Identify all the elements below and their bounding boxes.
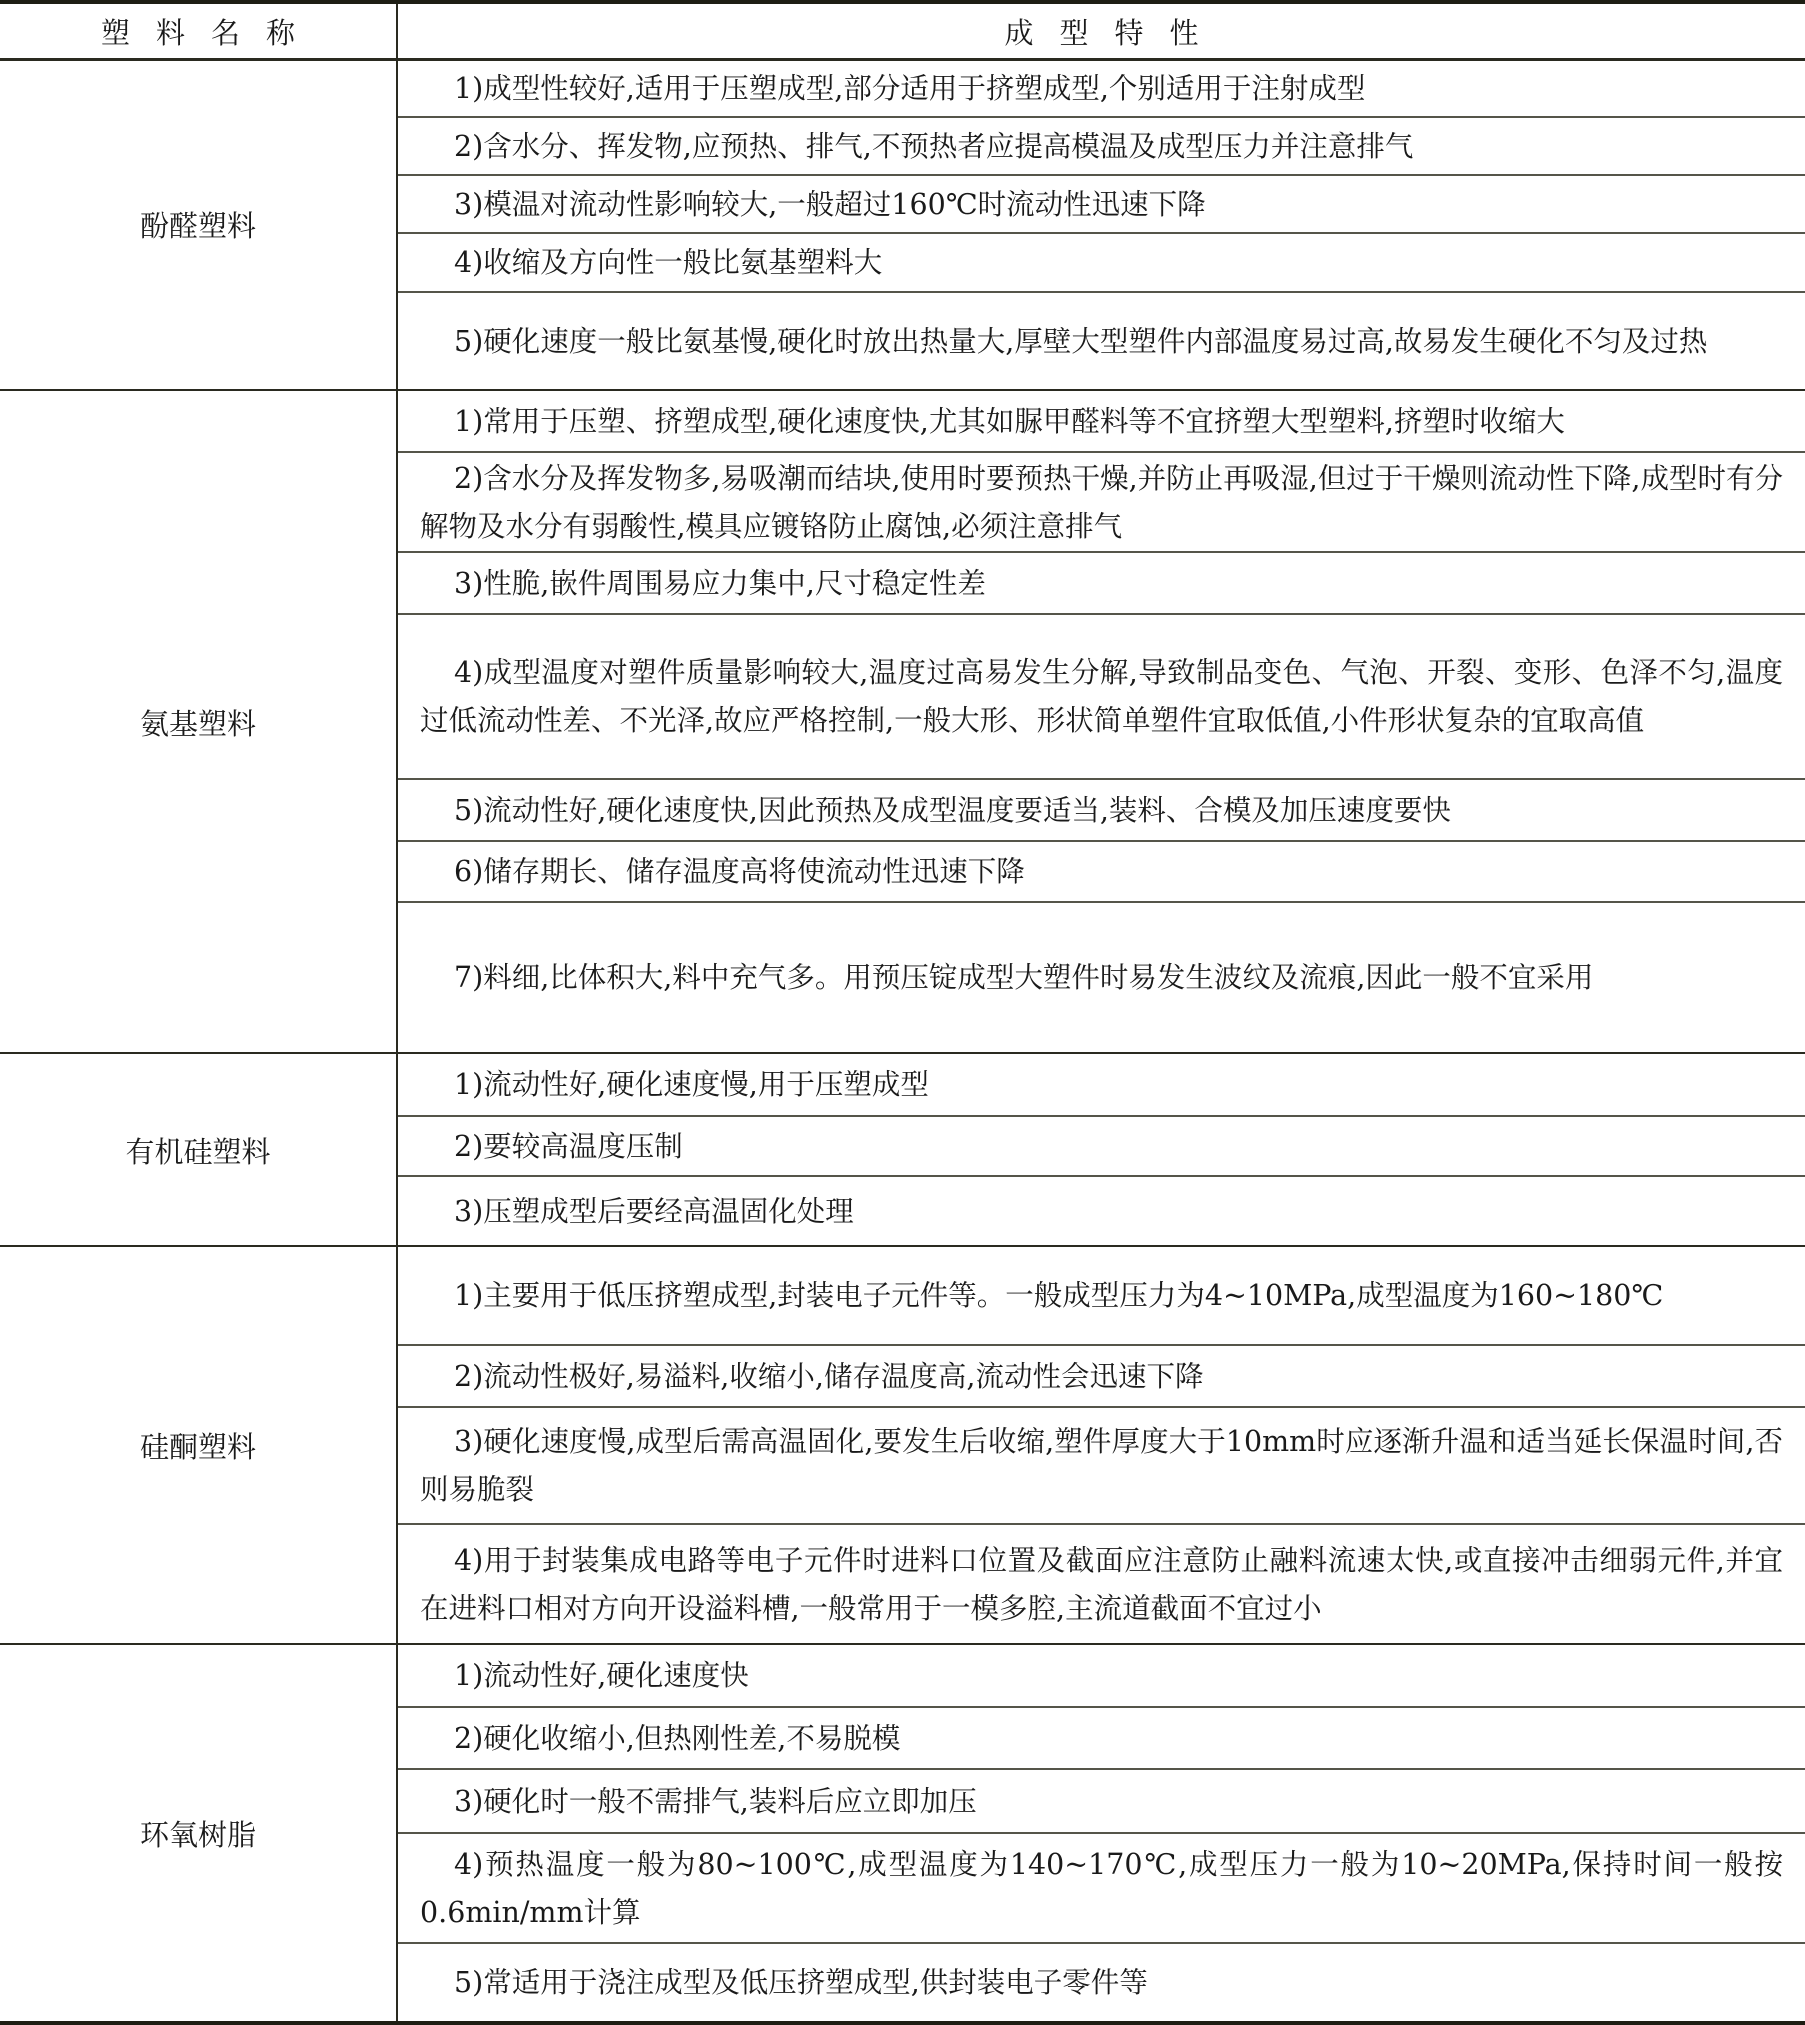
table-row: 4)预热温度一般为80~100℃,成型温度为140~170℃,成型压力一般为10… [398, 1834, 1805, 1943]
property-text: 3)压塑成型后要经高温固化处理 [420, 1188, 1783, 1236]
table-row: 2)要较高温度压制 [398, 1117, 1805, 1176]
group-name-phenolic: 酚醛塑料 [0, 59, 396, 390]
property-text: 5)常适用于浇注成型及低压挤塑成型,供封装电子零件等 [420, 1959, 1783, 2007]
property-text: 1)流动性好,硬化速度慢,用于压塑成型 [420, 1061, 1783, 1109]
table-row: 3)硬化时一般不需排气,装料后应立即加压 [398, 1770, 1805, 1833]
property-text: 5)硬化速度一般比氨基慢,硬化时放出热量大,厚壁大型塑件内部温度易过高,故易发生… [420, 318, 1783, 366]
property-text: 4)用于封装集成电路等电子元件时进料口位置及截面应注意防止融料流速太快,或直接冲… [420, 1537, 1783, 1633]
property-text: 1)主要用于低压挤塑成型,封装电子元件等。一般成型压力为4~10MPa,成型温度… [420, 1272, 1783, 1320]
table-row: 4)用于封装集成电路等电子元件时进料口位置及截面应注意防止融料流速太快,或直接冲… [398, 1525, 1805, 1644]
column-divider [396, 4, 398, 2021]
table-row: 2)流动性极好,易溢料,收缩小,储存温度高,流动性会迅速下降 [398, 1346, 1805, 1407]
property-text: 2)要较高温度压制 [420, 1123, 1783, 1171]
table-row: 7)料细,比体积大,料中充气多。用预压锭成型大塑件时易发生波纹及流痕,因此一般不… [398, 903, 1805, 1053]
property-text: 7)料细,比体积大,料中充气多。用预压锭成型大塑件时易发生波纹及流痕,因此一般不… [420, 954, 1783, 1002]
table-bottom-rule [0, 2021, 1805, 2025]
table-row: 2)含水分及挥发物多,易吸潮而结块,使用时要预热干燥,并防止再吸湿,但过于干燥则… [398, 453, 1805, 552]
property-text: 3)硬化时一般不需排气,装料后应立即加压 [420, 1778, 1783, 1826]
table-row: 2)含水分、挥发物,应预热、排气,不预热者应提高模温及成型压力并注意排气 [398, 118, 1805, 175]
property-text: 5)流动性好,硬化速度快,因此预热及成型温度要适当,装料、合模及加压速度要快 [420, 787, 1783, 835]
table-row: 5)流动性好,硬化速度快,因此预热及成型温度要适当,装料、合模及加压速度要快 [398, 780, 1805, 841]
table-row: 1)常用于压塑、挤塑成型,硬化速度快,尤其如脲甲醛料等不宜挤塑大型塑料,挤塑时收… [398, 391, 1805, 452]
table-row: 4)收缩及方向性一般比氨基塑料大 [398, 234, 1805, 292]
property-text: 2)流动性极好,易溢料,收缩小,储存温度高,流动性会迅速下降 [420, 1353, 1783, 1401]
table-row: 3)硬化速度慢,成型后需高温固化,要发生后收缩,塑件厚度大于10mm时应逐渐升温… [398, 1408, 1805, 1524]
group-name-silicone: 硅酮塑料 [0, 1247, 396, 1644]
property-text: 1)流动性好,硬化速度快 [420, 1652, 1783, 1700]
property-text: 4)成型温度对塑件质量影响较大,温度过高易发生分解,导致制品变色、气泡、开裂、变… [420, 649, 1783, 745]
table-row: 2)硬化收缩小,但热刚性差,不易脱模 [398, 1708, 1805, 1769]
header-plastic-name: 塑料名称 [0, 4, 396, 59]
property-text: 6)储存期长、储存温度高将使流动性迅速下降 [420, 848, 1783, 896]
property-text: 2)硬化收缩小,但热刚性差,不易脱模 [420, 1715, 1783, 1763]
table-row: 5)硬化速度一般比氨基慢,硬化时放出热量大,厚壁大型塑件内部温度易过高,故易发生… [398, 293, 1805, 390]
table-row: 4)成型温度对塑件质量影响较大,温度过高易发生分解,导致制品变色、气泡、开裂、变… [398, 615, 1805, 779]
table-row: 1)成型性较好,适用于压塑成型,部分适用于挤塑成型,个别适用于注射成型 [398, 60, 1805, 117]
property-text: 1)常用于压塑、挤塑成型,硬化速度快,尤其如脲甲醛料等不宜挤塑大型塑料,挤塑时收… [420, 398, 1783, 446]
property-text: 4)收缩及方向性一般比氨基塑料大 [420, 239, 1783, 287]
property-text: 3)硬化速度慢,成型后需高温固化,要发生后收缩,塑件厚度大于10mm时应逐渐升温… [420, 1418, 1783, 1514]
header-molding-properties: 成型特性 [398, 4, 1805, 59]
table-row: 3)压塑成型后要经高温固化处理 [398, 1177, 1805, 1246]
group-name-organosilicon: 有机硅塑料 [0, 1054, 396, 1246]
table-row: 3)模温对流动性影响较大,一般超过160℃时流动性迅速下降 [398, 176, 1805, 233]
group-name-epoxy: 环氧树脂 [0, 1645, 396, 2021]
table-row: 1)主要用于低压挤塑成型,封装电子元件等。一般成型压力为4~10MPa,成型温度… [398, 1247, 1805, 1345]
property-text: 1)成型性较好,适用于压塑成型,部分适用于挤塑成型,个别适用于注射成型 [420, 65, 1783, 113]
table-row: 1)流动性好,硬化速度快 [398, 1645, 1805, 1707]
table-header-row: 塑料名称 成型特性 [0, 4, 1805, 59]
property-text: 3)性脆,嵌件周围易应力集中,尺寸稳定性差 [420, 560, 1783, 608]
property-text: 2)含水分、挥发物,应预热、排气,不预热者应提高模温及成型压力并注意排气 [420, 123, 1783, 171]
group-name-amino: 氨基塑料 [0, 391, 396, 1053]
property-text: 3)模温对流动性影响较大,一般超过160℃时流动性迅速下降 [420, 181, 1783, 229]
table-row: 3)性脆,嵌件周围易应力集中,尺寸稳定性差 [398, 553, 1805, 614]
table-row: 5)常适用于浇注成型及低压挤塑成型,供封装电子零件等 [398, 1944, 1805, 2021]
table-row: 6)储存期长、储存温度高将使流动性迅速下降 [398, 842, 1805, 902]
property-text: 4)预热温度一般为80~100℃,成型温度为140~170℃,成型压力一般为10… [420, 1841, 1783, 1937]
property-text: 2)含水分及挥发物多,易吸潮而结块,使用时要预热干燥,并防止再吸湿,但过于干燥则… [420, 455, 1783, 551]
table-row: 1)流动性好,硬化速度慢,用于压塑成型 [398, 1054, 1805, 1116]
